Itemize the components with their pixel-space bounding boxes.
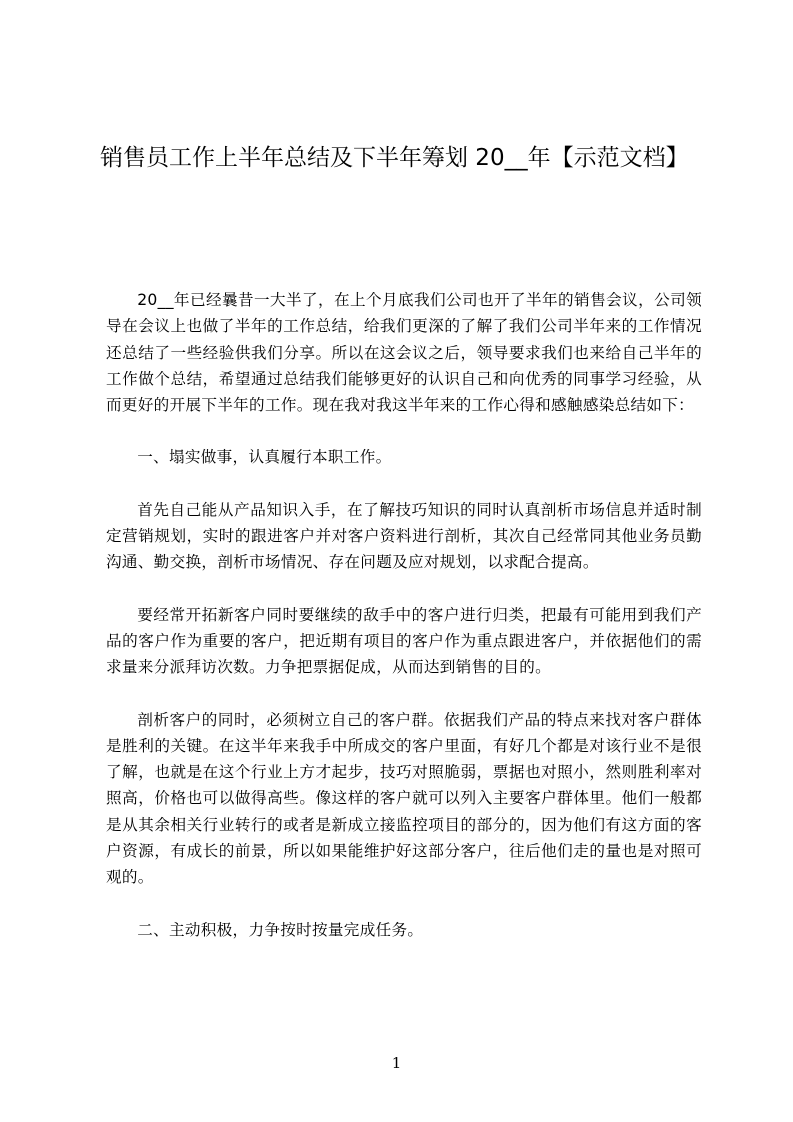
section-heading-2: 二、主动积极，力争按时按量完成任务。 xyxy=(106,917,702,943)
document-page: 销售员工作上半年总结及下半年筹划 20__年【示范文档】 20__年已经曩昔一大… xyxy=(0,0,793,1122)
paragraph-new-customers: 要经常开拓新客户同时要继续的敌手中的客户进行归类，把最有可能用到我们产品的客户作… xyxy=(106,602,702,681)
paragraph-product-knowledge: 首先自己能从产品知识入手，在了解技巧知识的同时认真剖析市场信息并适时制定营销规划… xyxy=(106,497,702,576)
document-title: 销售员工作上半年总结及下半年筹划 20__年【示范文档】 xyxy=(100,138,700,178)
section-heading-1: 一、塌实做事，认真履行本职工作。 xyxy=(106,444,702,470)
document-body: 20__年已经曩昔一大半了，在上个月底我们公司也开了半年的销售会议，公司领导在会… xyxy=(106,287,702,943)
paragraph-customer-group: 剖析客户的同时，必须树立自己的客户群。依据我们产品的特点来找对客户群体是胜利的关… xyxy=(106,707,702,891)
page-number: 1 xyxy=(0,1054,793,1072)
intro-paragraph: 20__年已经曩昔一大半了，在上个月底我们公司也开了半年的销售会议，公司领导在会… xyxy=(106,287,702,418)
